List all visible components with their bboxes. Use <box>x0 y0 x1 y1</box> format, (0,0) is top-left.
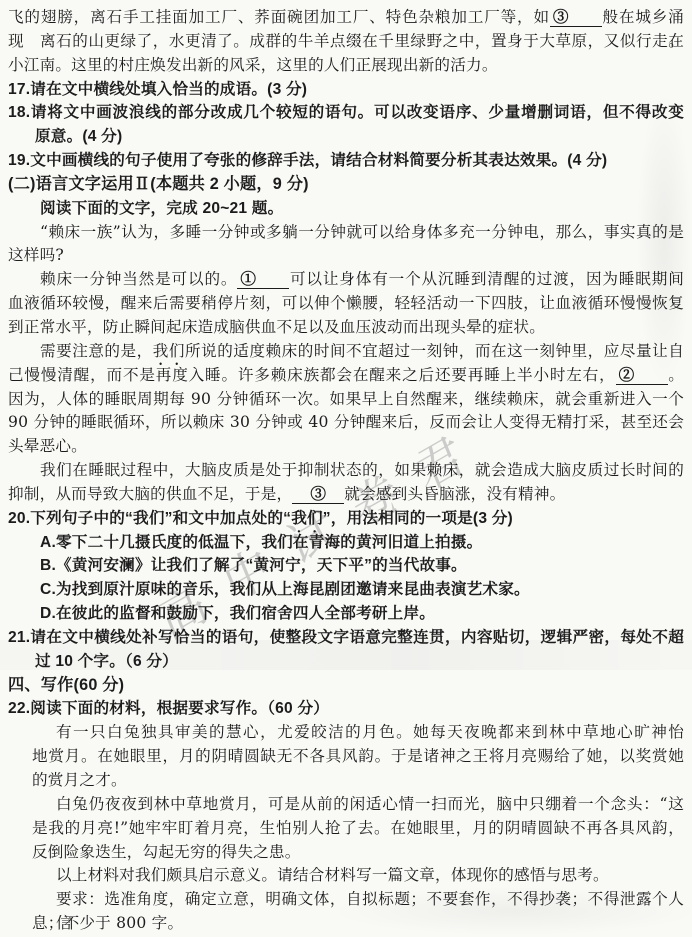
requirements-line-1: 要求：选准角度，确定立意，明确文体，自拟标题；不要套作，不得抄袭；不得泄露个人信 <box>8 888 684 912</box>
material-line-3: 的赏月之才。 <box>8 769 684 793</box>
passage1-line-1: 飞的翅膀，离石手工挂面加工厂、荞面碗团加工厂、特色杂粮加工厂等，如③般在城乡涌现… <box>8 6 684 30</box>
passage2-line-12: 抑制，从而导致大脑的供血不足，于是，③就会感到头昏脑涨，没有精神。 <box>8 483 684 507</box>
text-segment: 20.下列句子中的“我们”和文中加点处的“ <box>8 510 291 527</box>
section-heading-writing: 四、写作(60 分) <box>8 674 684 698</box>
passage2-line-6: 需要注意的是，我们所说的适度赖床的时间不宜超过一刻钟，而在这一刻钟里，应尽量让自 <box>8 340 684 364</box>
text-segment: ”，用法相同的一项是(3 分) <box>323 510 513 527</box>
text-segment: 我们在睡眠过程中，大脑皮质是处于抑制状态的，如果赖床，就会造成大脑皮质过长时间的 <box>40 461 684 479</box>
requirements-line-2: 息；不少于 800 字。 <box>8 912 684 936</box>
question-20: 20.下列句子中的“我们”和文中加点处的“我们”，用法相同的一项是(3 分) <box>8 507 684 531</box>
text-segment: 17.请在文中横线处填入恰当的成语。(3 分) <box>8 81 307 98</box>
text-content: 飞的翅膀，离石手工挂面加工厂、荞面碗团加工厂、特色杂粮加工厂等，如③般在城乡涌现… <box>8 6 684 936</box>
text-segment: 赖床一分钟当然是可以的。 <box>40 270 237 288</box>
text-segment: 需要注意的是， <box>40 342 153 360</box>
passage2-line-4: 血液循环较慢，醒来后需要稍停片刻，可以伸个懒腰，轻轻活动一下四肢，让血液循环慢慢… <box>8 292 684 316</box>
passage1-line-3: 小江南。这里的村庄焕发出新的风采，这里的人们正展现出新的活力。 <box>8 54 684 78</box>
text-segment: 的赏月之才。 <box>32 771 127 789</box>
text-segment: 抑制，从而导致大脑的供血不足，于是， <box>8 485 292 503</box>
text-segment: 小江南。这里的村庄焕发出新的风采，这里的人们正展现出新的活力。 <box>8 56 498 74</box>
text-segment: A.零下二十几摄氏度的低温下，我们在青海的黄河旧道上拍摄。 <box>40 534 482 551</box>
section-heading-language-use-2: (二)语言文字运用Ⅱ(本题共 2 小题，9 分) <box>8 173 684 197</box>
option-a: A.零下二十几摄氏度的低温下，我们在青海的黄河旧道上拍摄。 <box>8 531 684 555</box>
passage2-intro: 阅读下面的文字，完成 20~21 题。 <box>8 197 684 221</box>
text-segment: 阅读下面的文字，完成 20~21 题。 <box>40 200 283 217</box>
passage2-line-7: 己慢慢清醒，而不是再度入睡。许多赖床族都会在醒来之后还要再睡上半小时左右，②。 <box>8 364 684 388</box>
text-segment: 90 分钟的睡眠循环，所以赖床 30 分钟或 40 分钟醒来后，反而会让人变得无… <box>8 413 684 431</box>
answer-blank: ③ <box>292 484 344 504</box>
passage2-line-9: 90 分钟的睡眠循环，所以赖床 30 分钟或 40 分钟醒来后，反而会让人变得无… <box>8 411 684 435</box>
text-segment: 反倒险象迭生，勾起无穷的得失之患。 <box>32 843 301 861</box>
material-line-1: 有一只白兔独具审美的慧心，尤爱皎洁的月色。她每天夜晚都来到林中草地心旷神怡 <box>8 721 684 745</box>
text-segment: 头晕恶心。 <box>8 437 87 455</box>
answer-blank: ① <box>237 269 289 289</box>
text-segment: 以上材料对我们颇具启示意义。请结合材料写一篇文章，体现你的感悟与思考。 <box>56 866 609 884</box>
text-segment: 因为，人体的睡眠周期每 90 分钟循环一次。如果早上自然醒来，继续赖床，就会重新… <box>8 390 684 408</box>
material-line-6: 反倒险象迭生，勾起无穷的得失之患。 <box>8 841 684 865</box>
text-segment: 是我的月亮!”她牢牢盯着月亮，生怕别人抢了去。在她眼里，月的阴晴圆缺不再各具风韵… <box>32 819 684 837</box>
text-segment: 飞的翅膀，离石手工挂面加工厂、荞面碗团加工厂、特色杂粮加工厂等，如 <box>8 8 550 26</box>
passage2-line-10: 头晕恶心。 <box>8 435 684 459</box>
text-segment: 血液循环较慢，醒来后需要稍停片刻，可以伸个懒腰，轻轻活动一下四肢，让血液循环慢慢… <box>8 294 684 312</box>
text-segment: 原意。(4 分) <box>35 128 122 145</box>
material-conclusion: 以上材料对我们颇具启示意义。请结合材料写一篇文章，体现你的感悟与思考。 <box>8 864 684 888</box>
text-segment: 。 <box>668 366 684 384</box>
passage2-line-2: 这样吗? <box>8 244 684 268</box>
material-line-2: 地赏月。在她眼里，月的阴晴圆缺无不各具风韵。于是诸神之王将月亮赐给了她，以奖赏她 <box>8 745 684 769</box>
exam-page: 高中试卷君 飞的翅膀，离石手工挂面加工厂、荞面碗团加工厂、特色杂粮加工厂等，如③… <box>0 0 692 937</box>
emphasis-text: 我们 <box>291 510 323 527</box>
text-segment: 地赏月。在她眼里，月的阴晴圆缺无不各具风韵。于是诸神之王将月亮赐给了她，以奖赏她 <box>32 747 684 765</box>
text-segment: 19.文中画横线的句子使用了夸张的修辞手法，请结合材料简要分析其表达效果。(4 … <box>8 152 607 169</box>
text-segment: 己慢慢清醒，而不是再度入睡。许多赖床族都会在醒来之后还要再睡上半小时左右， <box>8 366 616 384</box>
text-segment: 可以让身体有一个从沉睡到清醒的过渡，因为睡眠期间 <box>289 270 684 288</box>
text-segment: “赖床一族”认为，多睡一分钟或多躺一分钟就可以给身体多充一分钟电，那么，事实真的… <box>40 223 684 241</box>
text-segment: 到正常水平，防止瞬间起床造成脑供血不足以及血压波动而出现头晕的症状。 <box>8 318 545 336</box>
emphasis-text: 我们 <box>153 342 185 360</box>
text-segment: 21.请在文中横线处补写恰当的语句，使整段文字语意完整连贯，内容贴切，逻辑严密，… <box>8 629 684 646</box>
text-segment: D.在彼此的监督和鼓励下，我们宿舍四人全部考研上岸。 <box>40 605 435 622</box>
text-segment: 白兔仍夜夜到林中草地赏月，可是从前的闲适心情一扫而光，脑中只绷着一个念头：“这 <box>56 795 684 813</box>
text-segment: (二)语言文字运用Ⅱ(本题共 2 小题，9 分) <box>8 175 309 193</box>
text-segment: C.为找到原汁原味的音乐，我们从上海昆剧团邀请来昆曲表演艺术家。 <box>40 581 530 598</box>
text-segment: 就会感到头昏脑涨，没有精神。 <box>344 485 565 503</box>
option-b: B.《黄河安澜》让我们了解了“黄河宁，天下平”的当代故事。 <box>8 554 684 578</box>
material-line-5: 是我的月亮!”她牢牢盯着月亮，生怕别人抢了去。在她眼里，月的阴晴圆缺不再各具风韵… <box>8 817 684 841</box>
text-segment: 四、写作(60 分) <box>8 676 124 694</box>
text-segment: 有一只白兔独具审美的慧心，尤爱皎洁的月色。她每天夜晚都来到林中草地心旷神怡 <box>56 723 684 741</box>
passage2-line-11: 我们在睡眠过程中，大脑皮质是处于抑制状态的，如果赖床，就会造成大脑皮质过长时间的 <box>8 459 684 483</box>
text-segment: B.《黄河安澜》让我们了解了“黄河宁，天下平”的当代故事。 <box>40 557 467 574</box>
passage2-line-5: 到正常水平，防止瞬间起床造成脑供血不足以及血压波动而出现头晕的症状。 <box>8 316 684 340</box>
option-c: C.为找到原汁原味的音乐，我们从上海昆剧团邀请来昆曲表演艺术家。 <box>8 578 684 602</box>
text-segment: 这样吗? <box>8 246 64 264</box>
answer-blank: ③ <box>550 7 602 27</box>
passage2-line-1: “赖床一族”认为，多睡一分钟或多躺一分钟就可以给身体多充一分钟电，那么，事实真的… <box>8 221 684 245</box>
question-18: 18.请将文中画波浪线的部分改成几个较短的语句。可以改变语序、少量增删词语，但不… <box>8 101 684 125</box>
text-segment: 所说的适度赖床的时间不宜超过一刻钟，而在这一刻钟里，应尽量让自 <box>185 342 684 360</box>
text-segment: 22.阅读下面的材料，根据要求写作。（60 分） <box>8 700 329 717</box>
text-segment: 离石的山更绿了，水更清了。成群的牛羊点缀在千里绿野之中，置身于大草原，又似行走在 <box>40 32 684 50</box>
passage2-line-8: 因为，人体的睡眠周期每 90 分钟循环一次。如果早上自然醒来，继续赖床，就会重新… <box>8 388 684 412</box>
answer-blank: ② <box>616 365 668 385</box>
passage1-line-2: 离石的山更绿了，水更清了。成群的牛羊点缀在千里绿野之中，置身于大草原，又似行走在 <box>8 30 684 54</box>
option-d: D.在彼此的监督和鼓励下，我们宿舍四人全部考研上岸。 <box>8 602 684 626</box>
question-18-cont: 原意。(4 分) <box>8 125 684 149</box>
question-17: 17.请在文中横线处填入恰当的成语。(3 分) <box>8 78 684 102</box>
text-segment: 18.请将文中画波浪线的部分改成几个较短的语句。可以改变语序、少量增删词语，但不… <box>8 104 684 121</box>
text-segment: 息；不少于 800 字。 <box>32 914 183 932</box>
question-19: 19.文中画横线的句子使用了夸张的修辞手法，请结合材料简要分析其表达效果。(4 … <box>8 149 684 173</box>
question-21: 21.请在文中横线处补写恰当的语句，使整段文字语意完整连贯，内容贴切，逻辑严密，… <box>8 626 684 650</box>
passage2-line-3: 赖床一分钟当然是可以的。①可以让身体有一个从沉睡到清醒的过渡，因为睡眠期间 <box>8 268 684 292</box>
question-21-cont: 过 10 个字。（6 分） <box>8 650 684 674</box>
question-22: 22.阅读下面的材料，根据要求写作。（60 分） <box>8 697 684 721</box>
text-segment: 过 10 个字。（6 分） <box>35 653 178 670</box>
material-line-4: 白兔仍夜夜到林中草地赏月，可是从前的闲适心情一扫而光，脑中只绷着一个念头：“这 <box>8 793 684 817</box>
